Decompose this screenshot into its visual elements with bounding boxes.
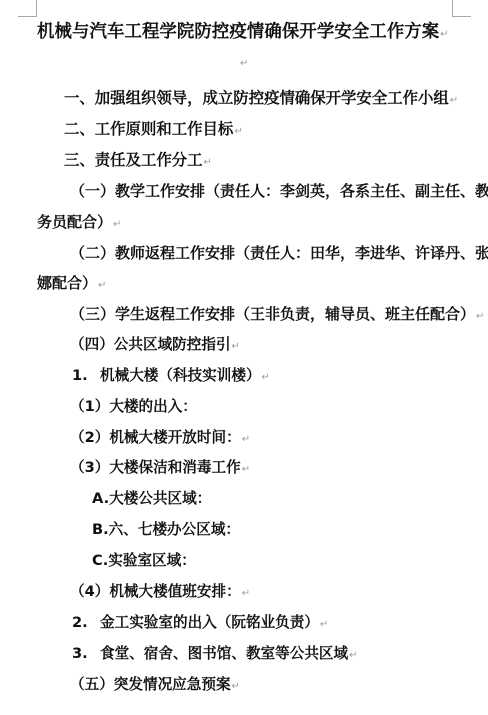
paragraph-mark-icon: ↵ <box>242 434 250 445</box>
sub-item-text: （2）机械大楼开放时间： <box>70 429 241 446</box>
paragraph-mark-icon: ↵ <box>476 311 484 322</box>
empty-paragraph-mark-icon: ↵ <box>240 58 248 69</box>
item-a-public-areas[interactable]: A.大楼公共区域： <box>92 489 211 509</box>
list-item-1-mechanical-building[interactable]: 1.机械大楼（科技实训楼）↵ <box>72 366 270 388</box>
section-text: （四）公共区域防控指引 <box>70 336 231 353</box>
paragraph-mark-icon: ↵ <box>113 219 121 230</box>
section-text: （一）教学工作安排（责任人：李剑英，各系主任、副主任、教 <box>70 182 488 200</box>
section-4-public-areas[interactable]: （四）公共区域防控指引↵ <box>70 335 240 357</box>
paragraph-mark-icon: ↵ <box>232 341 240 352</box>
sub-item-text: （1）大楼的出入： <box>70 398 197 415</box>
sub-item-3-cleaning-disinfection[interactable]: （3）大楼保洁和消毒工作↵ <box>70 458 250 480</box>
paragraph-mark-icon: ↵ <box>234 126 242 137</box>
list-text: 机械大楼（科技实训楼） <box>100 367 261 384</box>
sub-item-4-duty-schedule[interactable]: （4）机械大楼值班安排：↵ <box>70 582 250 604</box>
page-corner-mark-top-right <box>452 0 471 17</box>
sub-item-text: （4）机械大楼值班安排： <box>70 583 241 600</box>
heading-text: 二、工作原则和工作目标 <box>64 120 233 138</box>
paragraph-mark-icon: ↵ <box>262 372 270 383</box>
paragraph-mark-icon: ↵ <box>204 157 212 168</box>
section-2-teacher-return-line-2[interactable]: 娜配合）↵ <box>37 273 106 296</box>
section-text: 娜配合） <box>37 274 97 292</box>
sub-item-1-building-access[interactable]: （1）大楼的出入： <box>70 397 197 417</box>
paragraph-mark-icon: ↵ <box>232 681 240 692</box>
list-item-3-public-facilities[interactable]: 3.食堂、宿舍、图书馆、教室等公共区域↵ <box>72 644 358 666</box>
heading-2-principles[interactable]: 二、工作原则和工作目标↵ <box>64 119 243 142</box>
paragraph-mark-icon: ↵ <box>242 464 250 475</box>
section-1-teaching-line-1[interactable]: （一）教学工作安排（责任人：李剑英，各系主任、副主任、教 <box>70 181 488 201</box>
list-text: 食堂、宿舍、图书馆、教室等公共区域 <box>100 645 348 662</box>
paragraph-mark-icon: ↵ <box>349 650 357 661</box>
list-number: 1. <box>72 366 100 386</box>
list-item-2-metalwork-lab[interactable]: 2.金工实验室的出入（阮铭业负责）↵ <box>72 613 328 635</box>
section-text: （二）教师返程工作安排（责任人：田华，李进华、许译丹、张 <box>70 244 488 262</box>
sub-item-2-opening-hours[interactable]: （2）机械大楼开放时间：↵ <box>70 428 250 450</box>
section-5-emergency-plan[interactable]: （五）突发情况应急预案↵ <box>70 675 240 697</box>
heading-text: 三、责任及工作分工 <box>64 151 203 169</box>
paragraph-mark-icon: ↵ <box>450 95 458 106</box>
list-text: 金工实验室的出入（阮铭业负责） <box>100 614 319 631</box>
lettered-item-text: B.六、七楼办公区域： <box>92 521 240 538</box>
section-text: （三）学生返程工作安排（王非负责，辅导员、班主任配合） <box>70 305 475 323</box>
paragraph-mark-icon: ↵ <box>320 619 328 630</box>
sub-item-text: （3）大楼保洁和消毒工作 <box>70 459 241 476</box>
lettered-item-text: A.大楼公共区域： <box>92 490 211 507</box>
heading-3-responsibilities[interactable]: 三、责任及工作分工↵ <box>64 150 212 173</box>
item-c-lab-areas[interactable]: C.实验室区域： <box>92 551 196 571</box>
paragraph-mark-icon: ↵ <box>440 29 448 40</box>
lettered-item-text: C.实验室区域： <box>92 552 196 569</box>
document-title-text: 机械与汽车工程学院防控疫情确保开学安全工作方案 <box>37 22 439 42</box>
section-1-teaching-line-2[interactable]: 务员配合）↵ <box>37 212 121 235</box>
list-number: 3. <box>72 644 100 664</box>
paragraph-mark-icon: ↵ <box>98 280 106 291</box>
section-3-student-return[interactable]: （三）学生返程工作安排（王非负责，辅导员、班主任配合）↵ <box>70 304 484 327</box>
document-title[interactable]: 机械与汽车工程学院防控疫情确保开学安全工作方案↵ <box>37 22 449 45</box>
section-text: 务员配合） <box>37 213 112 231</box>
page-corner-mark-top-left <box>18 0 37 17</box>
item-b-office-areas[interactable]: B.六、七楼办公区域： <box>92 520 240 540</box>
heading-text: 一、加强组织领导，成立防控疫情确保开学安全工作小组 <box>64 89 449 107</box>
section-text: （五）突发情况应急预案 <box>70 676 231 693</box>
paragraph-mark-icon: ↵ <box>242 588 250 599</box>
list-number: 2. <box>72 613 100 633</box>
heading-1-organization[interactable]: 一、加强组织领导，成立防控疫情确保开学安全工作小组↵ <box>64 88 458 111</box>
section-2-teacher-return-line-1[interactable]: （二）教师返程工作安排（责任人：田华，李进华、许译丹、张 <box>70 243 488 263</box>
